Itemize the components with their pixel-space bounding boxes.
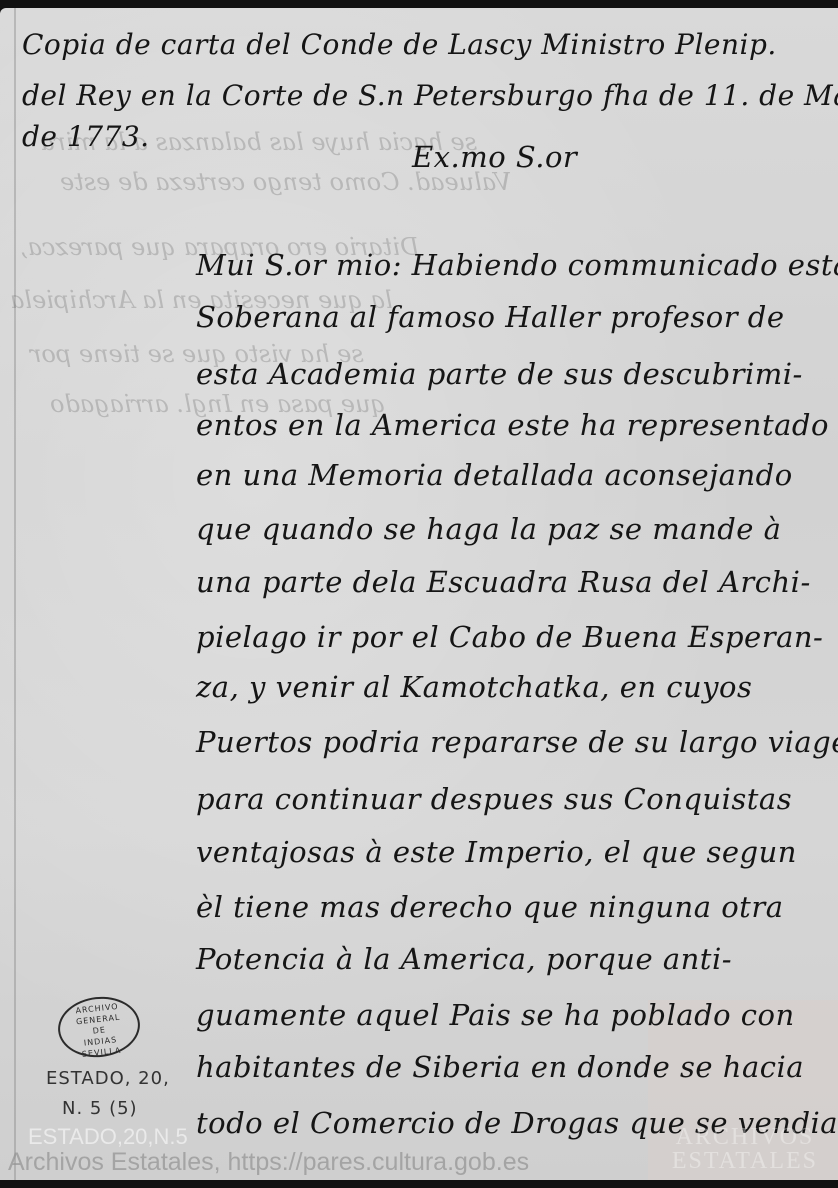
salutation: Ex.mo S.or xyxy=(412,140,577,174)
body-line: entos en la America este ha representado xyxy=(196,408,829,442)
body-line: Potencia à la America, porque anti- xyxy=(196,942,732,976)
page-fold-line xyxy=(14,8,16,1180)
body-line: esta Academia parte de sus descubrimi- xyxy=(196,357,803,391)
body-line: habitantes de Siberia en donde se hacia xyxy=(196,1050,804,1084)
body-line: para continuar despues sus Conquistas xyxy=(196,782,792,816)
watermark-logo: ARCHIVOS ESTATALES xyxy=(672,1125,818,1173)
body-line: pielago ir por el Cabo de Buena Esperan- xyxy=(196,620,823,654)
watermark-logo-line: ARCHIVOS xyxy=(672,1125,818,1149)
body-line: guamente aquel Pais se ha poblado con xyxy=(196,998,795,1032)
archive-signature-number: N. 5 (5) xyxy=(62,1098,138,1119)
watermark-reference: ESTADO,20,N.5 xyxy=(28,1124,188,1150)
body-line: en una Memoria detallada aconsejando xyxy=(196,458,793,492)
body-line: za, y venir al Kamotchatka, en cuyos xyxy=(196,670,752,704)
archive-signature: ESTADO, 20, xyxy=(46,1068,170,1089)
watermark-logo-line: ESTATALES xyxy=(672,1149,818,1173)
body-line: Puertos podria repararse de su largo via… xyxy=(196,725,838,759)
watermark-credit: Archivos Estatales, https://pares.cultur… xyxy=(8,1148,529,1177)
body-line: Soberana al famoso Haller profesor de xyxy=(196,300,785,334)
body-line: Mui S.or mio: Habiendo communicado esta xyxy=(196,248,838,282)
body-line: ventajosas à este Imperio, el que segun xyxy=(196,835,797,869)
heading-line: Copia de carta del Conde de Lascy Minist… xyxy=(22,28,777,61)
body-line: una parte dela Escuadra Rusa del Archi- xyxy=(196,565,811,599)
heading-line: de 1773. xyxy=(22,120,150,153)
body-line: que quando se haga la paz se mande à xyxy=(196,512,781,546)
body-line: èl tiene mas derecho que ninguna otra xyxy=(196,890,783,924)
heading-line: del Rey en la Corte de S.n Petersburgo f… xyxy=(22,79,838,112)
